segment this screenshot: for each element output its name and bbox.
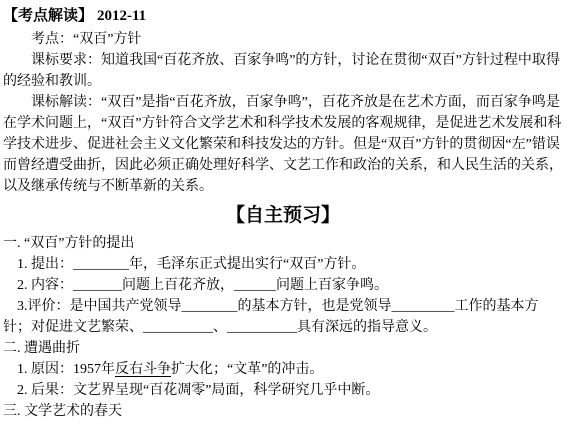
outline-part3-title: 三. 文学艺术的春天	[3, 401, 563, 422]
study-guide-document: 【考点解读】2012-11 考点：“双百”方针 课标要求：知道我国“百花齐放、百…	[0, 0, 566, 426]
curriculum-requirement-paragraph: 课标要求：知道我国“百花齐放、百家争鸣”的方针，讨论在贯彻“双百”方针过程中取得…	[3, 50, 563, 92]
cause-underlined-phrase: 反右斗争	[115, 362, 171, 377]
exam-analysis-label: 【考点解读】	[3, 8, 93, 24]
outline-part1-item-proposal: 1. 提出：________年，毛泽东正式提出实行“双百”方针。	[3, 254, 563, 275]
exam-analysis-title-line: 【考点解读】2012-11	[3, 4, 563, 29]
self-study-preview-heading: 【自主预习】	[3, 201, 563, 230]
outline-part2-title: 二. 遭遇曲折	[3, 338, 563, 359]
cause-text-suffix: 扩大化；“文革”的冲击。	[171, 362, 323, 377]
outline-part2-item-result: 2. 后果：文艺界呈现“百花凋零”局面，科学研究几乎中断。	[3, 380, 563, 401]
outline-part1-title: 一. “双百”方针的提出	[3, 233, 563, 254]
curriculum-interpretation-paragraph: 课标解读：“双百”是指“百花齐放，百家争鸣”，百花齐放是在艺术方面，而百家争鸣是…	[3, 92, 563, 197]
exam-point-paragraph: 考点：“双百”方针	[3, 29, 563, 50]
outline-part2-item-cause: 1. 原因：1957年反右斗争扩大化；“文革”的冲击。	[3, 359, 563, 380]
outline-part1-item-content: 2. 内容：_______问题上百花齐放，______问题上百家争鸣。	[3, 275, 563, 296]
outline-part1-item-evaluation: 3.评价：是中国共产党领导________的基本方针，也是党领导________…	[3, 296, 563, 338]
cause-text-prefix: 1. 原因：1957年	[17, 362, 115, 377]
exam-code: 2012-11	[93, 8, 146, 24]
